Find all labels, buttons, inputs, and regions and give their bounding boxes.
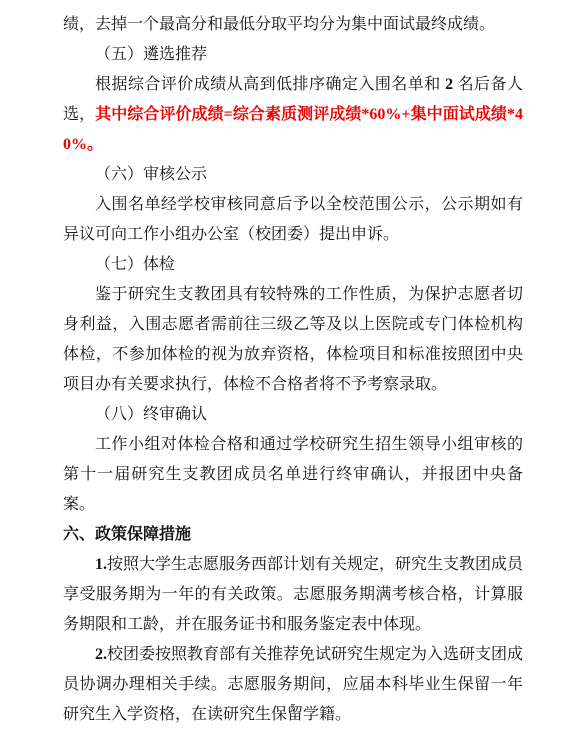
paragraph-publicity: 入围名单经学校审核同意后予以全校范围公示，公示期如有异议可向工作小组办公室（校团…: [63, 190, 523, 250]
subheading-final-confirmation: （八）终审确认: [63, 400, 523, 430]
subheading-review-publicity: （六）审核公示: [63, 160, 523, 190]
paragraph-policy-1: 1.按照大学生志愿服务西部计划有关规定，研究生支教团成员享受服务期为一年的有关政…: [63, 550, 523, 640]
heading-policy-guarantee: 六、政策保障措施: [63, 520, 523, 550]
text-run-red-formula: 其中综合评价成绩=综合素质测评成绩*60%+集中面试成绩*40%。: [63, 106, 523, 153]
document-content: 绩，去掉一个最高分和最低分取平均分为集中面试最终成绩。 （五）遴选推荐 根据综合…: [63, 10, 523, 730]
text-run: 按照大学生志愿服务西部计划有关规定，研究生支教团成员享受服务期为一年的有关政策。…: [63, 556, 523, 633]
paragraph-physical-exam: 鉴于研究生支教团具有较特殊的工作性质，为保护志愿者切身利益，入围志愿者需前往三级…: [63, 280, 523, 400]
paragraph-policy-2: 2.校团委按照教育部有关推荐免试研究生规定为入选研支团成员协调办理相关手续。志愿…: [63, 640, 523, 730]
subheading-physical-exam: （七）体检: [63, 250, 523, 280]
subheading-selection-recommendation: （五）遴选推荐: [63, 40, 523, 70]
list-number-2: 2.: [95, 646, 107, 663]
text-run: 根据综合评价成绩从高到低排序确定入围名单和: [95, 76, 445, 93]
document-page: 绩，去掉一个最高分和最低分取平均分为集中面试最终成绩。 （五）遴选推荐 根据综合…: [0, 0, 586, 740]
paragraph-comprehensive-score: 根据综合评价成绩从高到低排序确定入围名单和 2 名后备人选，其中综合评价成绩=综…: [63, 70, 523, 160]
text-run-bold-number: 2: [445, 76, 453, 93]
paragraph-final-confirmation: 工作小组对体检合格和通过学校研究生招生领导小组审核的第十一届研究生支教团成员名单…: [63, 430, 523, 520]
page-number: 5: [0, 703, 586, 714]
paragraph-continuation: 绩，去掉一个最高分和最低分取平均分为集中面试最终成绩。: [63, 10, 523, 40]
list-number-1: 1.: [95, 556, 107, 573]
